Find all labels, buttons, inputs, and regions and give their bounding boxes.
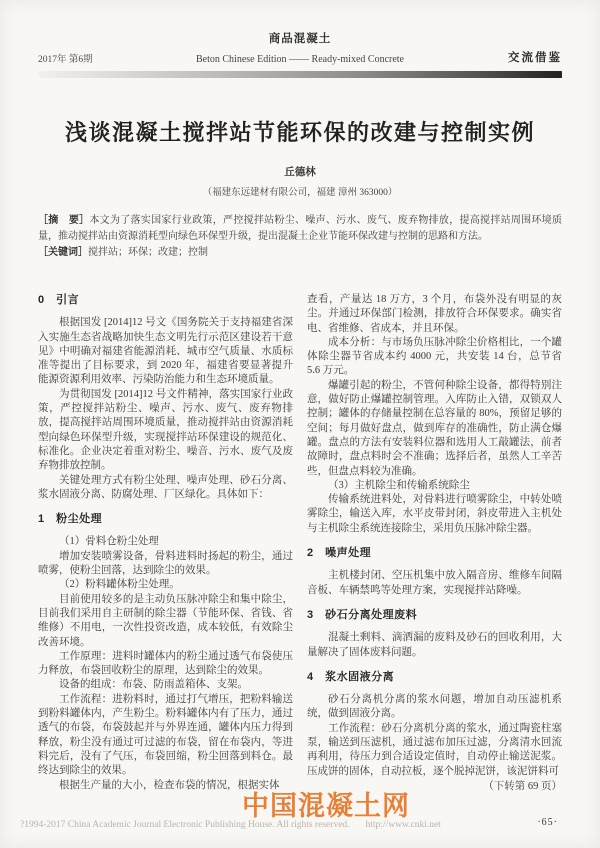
paragraph: 成本分析：与市场负压脉冲除尘价格相比，一个罐体除尘器节省成本约 4000 元，共… bbox=[307, 336, 562, 379]
paragraph: 根据国发 [2014]12 号文《国务院关于支持福建省深入实施生态省战略加快生态… bbox=[38, 316, 293, 387]
paragraph: （1）骨料仓粉尘处理 bbox=[38, 535, 293, 549]
section-heading-3: 3 砂石分离处理废料 bbox=[307, 608, 562, 622]
paragraph: （2）粉料罐体粉尘处理。 bbox=[38, 578, 293, 592]
paragraph-continuation: 查看，产量达 18 万方，3 个月，布袋外没有明显的灰尘。并通过环保部门检测，排… bbox=[307, 293, 562, 336]
section-heading-2: 2 噪声处理 bbox=[307, 546, 562, 560]
article-title: 浅谈混凝土搅拌站节能环保的改建与控制实例 bbox=[38, 116, 562, 147]
abstract-block: ［摘 要］本文为了落实国家行业政策，严控搅拌站粉尘、噪声、污水、废气、废弃物排放… bbox=[38, 213, 562, 261]
paragraph: 砂石分离机分离的浆水问题，增加自动压滤机系统，做到固液分离。 bbox=[307, 693, 562, 722]
paragraph: 关键处理方式有粉尘处理、噪声处理、砂石分离、浆水固液分离、防腐处理、厂区绿化。具… bbox=[38, 474, 293, 503]
section-heading-4: 4 浆水固液分离 bbox=[307, 670, 562, 684]
keywords-line: ［关键词］搅拌站；环保；改建；控制 bbox=[38, 245, 562, 261]
paragraph: 为贯彻国发 [2014]12 号文件精神，落实国家行业政策，严控搅拌站粉尘、噪声… bbox=[38, 388, 293, 474]
paragraph: 工作流程：砂石分离机分离的浆水，通过陶瓷柱塞泵，输送到压滤机，通过滤布加压过滤，… bbox=[307, 722, 562, 779]
paragraph: 增加安装喷雾设备，骨料进料时扬起的粉尘，通过喷雾，使粉尘回落，达到除尘的效果。 bbox=[38, 550, 293, 579]
right-column: 查看，产量达 18 万方，3 个月，布袋外没有明显的灰尘。并通过环保部门检测，排… bbox=[307, 293, 562, 794]
page-header: 商品混凝土 2017年 第6期 Beton Chinese Edition ——… bbox=[38, 30, 562, 78]
keywords-label: ［关键词］ bbox=[38, 247, 88, 258]
paragraph: 混凝土剩料、滴洒漏的废料及砂石的回收利用，大量解决了固体废料问题。 bbox=[307, 631, 562, 660]
paragraph: 工作流程：进粉料时，通过打气增压，把粉料输送到粉料罐体内，产生粉尘。粉料罐体内有… bbox=[38, 693, 293, 779]
header-row: 2017年 第6期 Beton Chinese Edition —— Ready… bbox=[38, 49, 562, 65]
abstract-line: ［摘 要］本文为了落实国家行业政策，严控搅拌站粉尘、噪声、污水、废气、废弃物排放… bbox=[38, 213, 562, 245]
header-gradient-rule bbox=[38, 71, 562, 78]
keywords-text: 搅拌站；环保；改建；控制 bbox=[88, 247, 208, 258]
column-label: 交流借鉴 bbox=[442, 49, 562, 65]
journal-name-cn: 商品混凝土 bbox=[38, 30, 562, 46]
article-affiliation: （福建东远建材有限公司，福建 漳州 363000） bbox=[38, 184, 562, 198]
section-heading-0: 0 引言 bbox=[38, 293, 293, 307]
paragraph: （3）主机除尘和传输系统除尘 bbox=[307, 479, 562, 493]
issue-label: 2017年 第6期 bbox=[38, 51, 158, 65]
body-columns: 0 引言 根据国发 [2014]12 号文《国务院关于支持福建省深入实施生态省战… bbox=[38, 293, 562, 794]
journal-name-en: Beton Chinese Edition —— Ready-mixed Con… bbox=[158, 54, 442, 65]
page-number: ·65· bbox=[537, 817, 558, 828]
abstract-text: 本文为了落实国家行业政策，严控搅拌站粉尘、噪声、污水、废气、废弃物排放，提高搅拌… bbox=[38, 215, 562, 242]
paragraph: 工作原理：进料时罐体内的粉尘通过透气布袋使压力释放，布袋回收粉尘的原理，达到除尘… bbox=[38, 650, 293, 679]
article-author: 丘德林 bbox=[38, 164, 562, 179]
paragraph: 主机楼封闭、空压机集中放入隔音房、维修车间隔音板、车辆禁鸣等处理方案，实现搅拌站… bbox=[307, 569, 562, 598]
journal-page: 商品混凝土 2017年 第6期 Beton Chinese Edition ——… bbox=[0, 0, 600, 848]
paragraph: 目前使用较多的是主动负压脉冲除尘和集中除尘，目前我们采用自主研制的除尘器（节能环… bbox=[38, 593, 293, 650]
section-heading-1: 1 粉尘处理 bbox=[38, 512, 293, 526]
paragraph: 设备的组成：布袋、防雨盖箱体、支架。 bbox=[38, 678, 293, 692]
abstract-label: ［摘 要］ bbox=[38, 215, 89, 226]
paragraph: 传输系统进料处，对骨料进行喷雾除尘，中转处喷雾除尘，输送入库，水平皮带封闭，斜皮… bbox=[307, 493, 562, 536]
site-watermark: 中国混凝土网 bbox=[242, 784, 410, 823]
paragraph: 爆罐引起的粉尘，不管何种除尘设备，都得特别注意，做好防止爆罐控制管理。入库防止入… bbox=[307, 379, 562, 479]
left-column: 0 引言 根据国发 [2014]12 号文《国务院关于支持福建省深入实施生态省战… bbox=[38, 293, 293, 794]
